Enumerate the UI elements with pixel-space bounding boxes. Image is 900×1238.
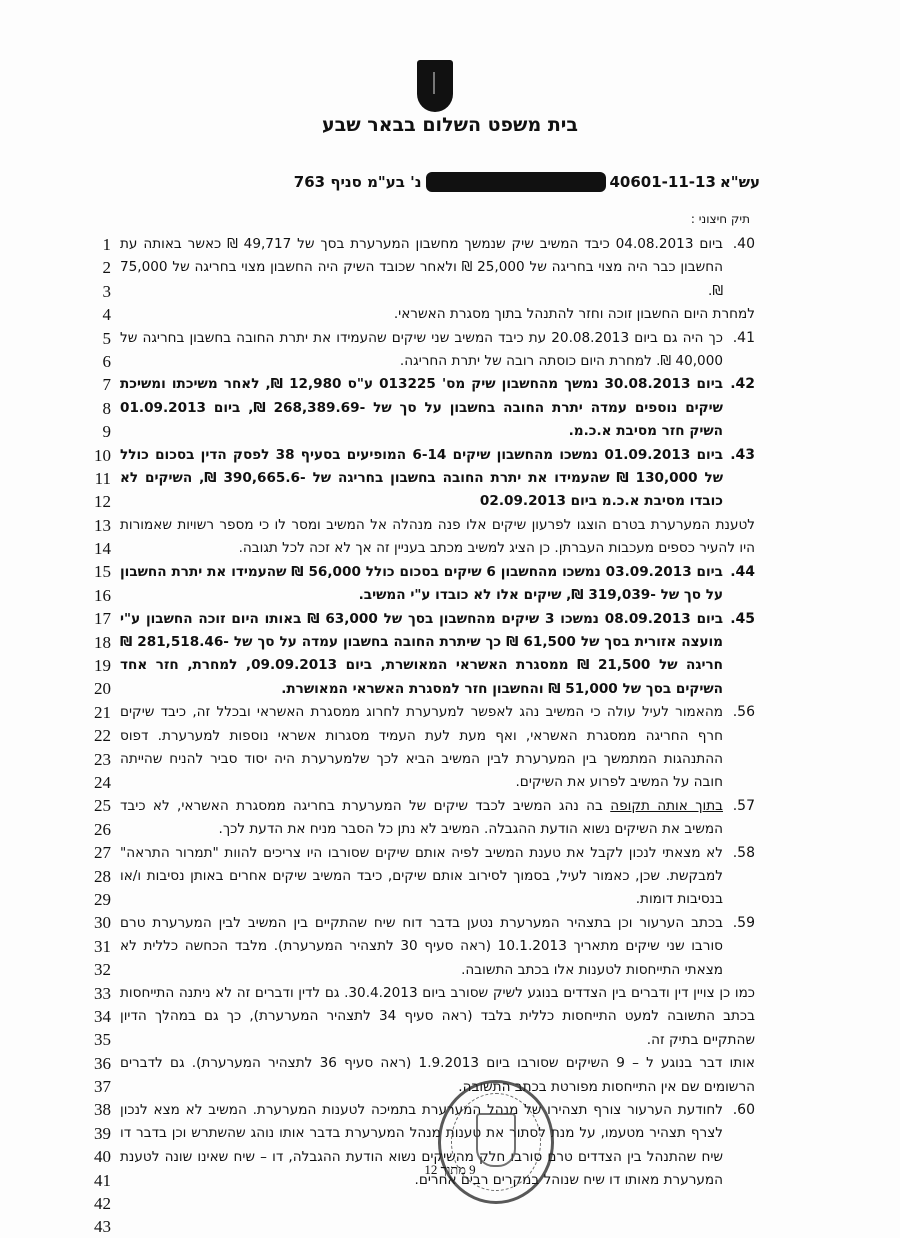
paragraph-text: ביום 30.08.2013 נמשך מהחשבון שיק מס' 013… <box>120 376 723 439</box>
line-number: 3 <box>85 280 111 303</box>
redacted-party-name <box>426 172 606 192</box>
line-number: 37 <box>85 1075 111 1098</box>
line-number: 21 <box>85 701 111 724</box>
paragraph-text: מהאמור לעיל עולה כי המשיב נהג לאפשר למער… <box>120 704 723 790</box>
case-number: 40601-11-13 <box>610 173 716 191</box>
document-body: 40.ביום 04.08.2013 כיבד המשיב שיק שנמשך … <box>120 233 755 1193</box>
line-number: 10 <box>85 444 111 467</box>
paragraph-text: ביום 08.09.2013 נמשכו 3 שיקים מהחשבון בס… <box>120 611 723 697</box>
paragraph-43: 43.ביום 01.09.2013 נמשכו מהחשבון שיקים 6… <box>120 444 755 561</box>
paragraph-number: 41. <box>733 327 755 350</box>
line-number: 43 <box>85 1215 111 1238</box>
paragraph-continuation: למחרת היום החשבון זוכה וחזר להתנהל בתוך … <box>120 303 755 326</box>
paragraph-number: 60. <box>733 1099 755 1122</box>
line-number: 30 <box>85 911 111 934</box>
line-number: 7 <box>85 373 111 396</box>
line-number: 1 <box>85 233 111 256</box>
paragraph-continuation: כמו כן צויין דין ודברים בין הצדדים בנוגע… <box>120 982 755 1052</box>
paragraph-continuation: לטענת המערערת בטרם הוצגו לפרעון שיקים אל… <box>120 514 755 561</box>
paragraph-number: 59. <box>733 912 755 935</box>
line-number: 39 <box>85 1122 111 1145</box>
line-number: 29 <box>85 888 111 911</box>
court-name: בית משפט השלום בבאר שבע <box>300 114 600 136</box>
line-number: 16 <box>85 584 111 607</box>
underlined-phrase: בתוך אותה תקופה <box>610 798 723 814</box>
paragraph-text: ביום 04.08.2013 כיבד המשיב שיק שנמשך מחש… <box>120 236 723 299</box>
line-number: 22 <box>85 724 111 747</box>
line-number: 11 <box>85 467 111 490</box>
line-number: 42 <box>85 1192 111 1215</box>
line-number: 9 <box>85 420 111 443</box>
paragraph-text: ביום 03.09.2013 נמשכו מהחשבון 6 שיקים בס… <box>120 564 723 603</box>
case-header: עש"א 40601-11-13 נ' בע"מ סניף 763 <box>294 172 760 192</box>
line-number: 25 <box>85 794 111 817</box>
line-number: 20 <box>85 677 111 700</box>
line-number: 18 <box>85 631 111 654</box>
line-number: 17 <box>85 607 111 630</box>
paragraph-59: 59.בכתב הערעור וכן בתצהיר המערערת נטען ב… <box>120 912 755 1099</box>
line-number: 26 <box>85 818 111 841</box>
line-number: 32 <box>85 958 111 981</box>
line-number: 35 <box>85 1028 111 1051</box>
paragraph-text: לא מצאתי לנכון לקבל את טענת המשיב לפיה א… <box>120 845 723 908</box>
line-number: 34 <box>85 1005 111 1028</box>
paragraph-42: 42.ביום 30.08.2013 נמשך מהחשבון שיק מס' … <box>120 373 755 443</box>
external-file-label: תיק חיצוני : <box>691 212 750 226</box>
document-page: בית משפט השלום בבאר שבע עש"א 40601-11-13… <box>0 0 900 1238</box>
paragraph-40: 40.ביום 04.08.2013 כיבד המשיב שיק שנמשך … <box>120 233 755 327</box>
paragraph-number: 58. <box>733 842 755 865</box>
paragraph-text: ביום 01.09.2013 נמשכו מהחשבון שיקים 6-14… <box>120 447 723 510</box>
paragraph-number: 40. <box>733 233 755 256</box>
paragraph-number: 57. <box>733 795 755 818</box>
state-emblem-icon <box>417 60 453 112</box>
paragraph-58: 58.לא מצאתי לנכון לקבל את טענת המשיב לפי… <box>120 842 755 912</box>
paragraph-text: בכתב הערעור וכן בתצהיר המערערת נטען בדבר… <box>120 915 723 978</box>
line-number: 28 <box>85 865 111 888</box>
paragraph-number: 44. <box>730 561 755 584</box>
line-number: 12 <box>85 490 111 513</box>
line-number: 36 <box>85 1052 111 1075</box>
line-number: 23 <box>85 748 111 771</box>
line-number: 13 <box>85 514 111 537</box>
paragraph-number: 45. <box>730 608 755 631</box>
line-number: 14 <box>85 537 111 560</box>
line-number: 38 <box>85 1098 111 1121</box>
line-number: 4 <box>85 303 111 326</box>
line-number: 19 <box>85 654 111 677</box>
line-number: 8 <box>85 397 111 420</box>
paragraph-continuation: אותו דבר בנוגע ל – 9 השיקים שסורבו ביום … <box>120 1052 755 1099</box>
paragraph-number: 56. <box>733 701 755 724</box>
line-numbers: 1234567891011121314151617181920212223242… <box>85 233 111 1238</box>
paragraph-45: 45.ביום 08.09.2013 נמשכו 3 שיקים מהחשבון… <box>120 608 755 702</box>
paragraph-44: 44.ביום 03.09.2013 נמשכו מהחשבון 6 שיקים… <box>120 561 755 608</box>
paragraph-41: 41.כך היה גם ביום 20.08.2013 עת כיבד המש… <box>120 327 755 374</box>
case-prefix: עש"א <box>720 173 760 191</box>
line-number: 31 <box>85 935 111 958</box>
line-number: 24 <box>85 771 111 794</box>
paragraph-56: 56.מהאמור לעיל עולה כי המשיב נהג לאפשר ל… <box>120 701 755 795</box>
court-stamp-icon <box>438 1080 554 1204</box>
paragraph-number: 42. <box>730 373 755 396</box>
line-number: 27 <box>85 841 111 864</box>
line-number: 33 <box>85 982 111 1005</box>
line-number: 2 <box>85 256 111 279</box>
paragraph-text: כך היה גם ביום 20.08.2013 עת כיבד המשיב … <box>120 330 723 369</box>
page-indicator: 9 מתוך 12 <box>0 1162 900 1178</box>
paragraph-number: 43. <box>730 444 755 467</box>
line-number: 6 <box>85 350 111 373</box>
line-number: 5 <box>85 327 111 350</box>
paragraph-57: 57.בתוך אותה תקופה בה נהג המשיב לכבד שיק… <box>120 795 755 842</box>
case-parties: נ' בע"מ סניף 763 <box>294 173 422 191</box>
line-number: 15 <box>85 560 111 583</box>
